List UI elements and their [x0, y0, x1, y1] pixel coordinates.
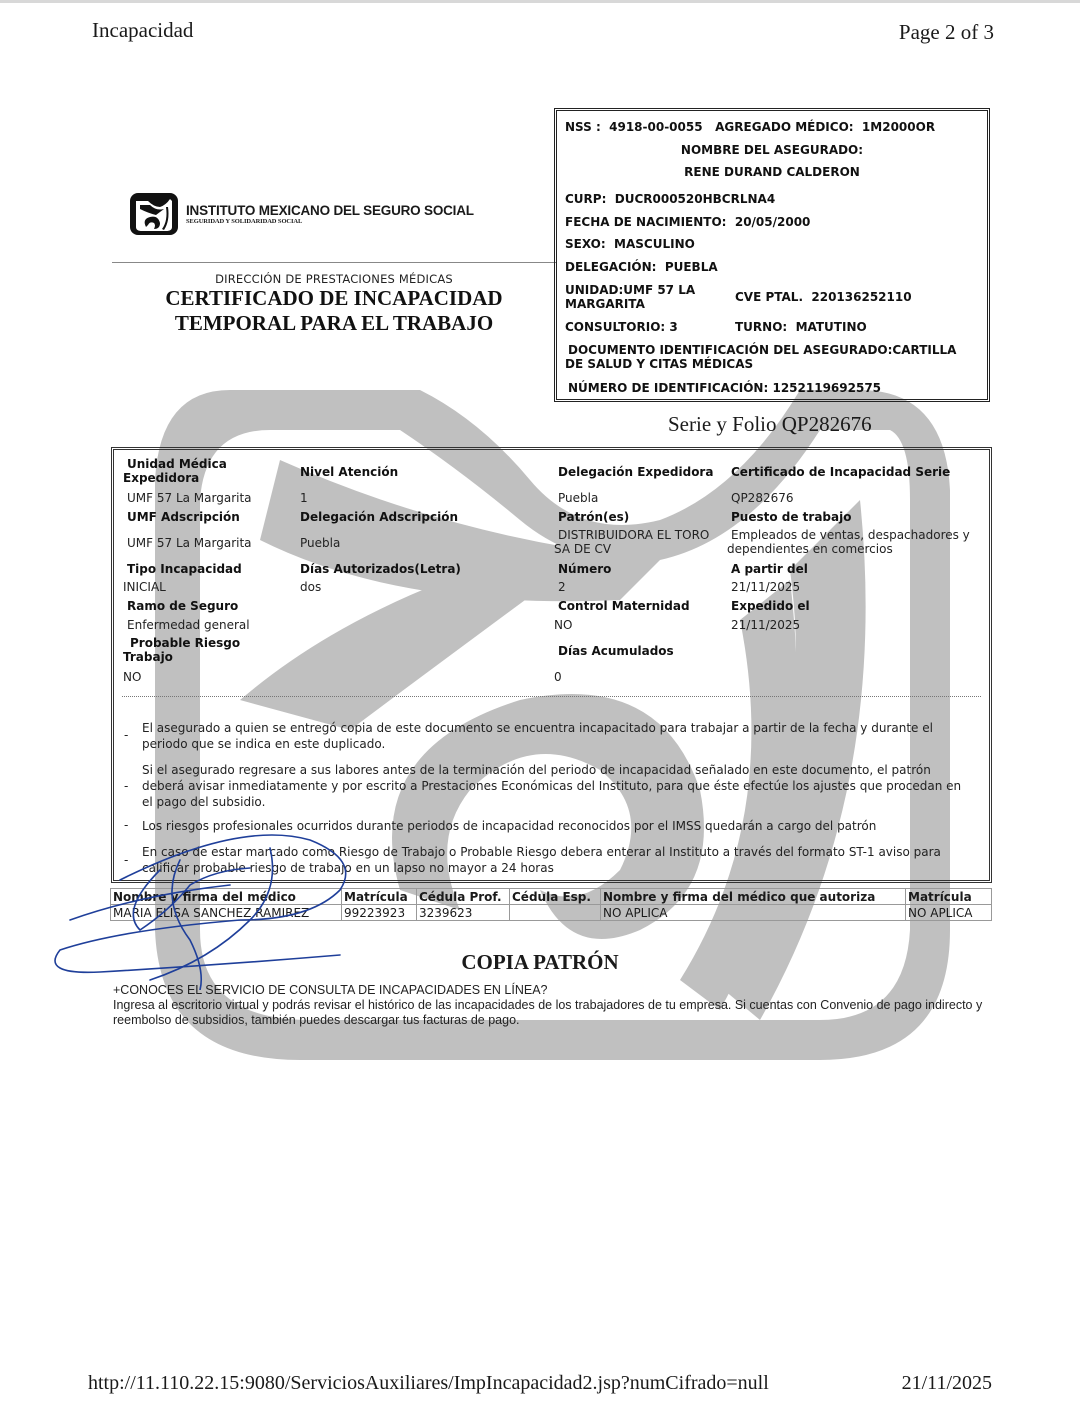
patient-name-label: NOMBRE DEL ASEGURADO: — [557, 143, 987, 157]
institution-tagline: SEGURIDAD Y SOLIDARIDAD SOCIAL — [186, 218, 474, 225]
expedido-label: Expedido el — [731, 599, 810, 613]
puesto-line2: dependientes en comercios — [727, 542, 970, 556]
note-bullet: - — [124, 818, 128, 832]
note-text: Si el asegurado regresare a sus labores … — [142, 762, 972, 810]
birthdate-value: 20/05/2000 — [735, 215, 811, 229]
medico-matricula: 99223923 — [342, 905, 417, 921]
patient-name: RENE DURAND CALDERON — [557, 165, 987, 179]
puesto-line1: Empleados de ventas, despachadores y — [727, 528, 970, 542]
unidad-medica-label-line2: Expedidora — [123, 471, 227, 485]
promo-text: +CONOCES EL SERVICIO DE CONSULTA DE INCA… — [113, 983, 983, 1028]
nss-value: 4918-00-0055 — [609, 120, 702, 134]
dias-acumulados-label: Días Acumulados — [558, 644, 674, 658]
certificate-title-block: DIRECCIÓN DE PRESTACIONES MÉDICAS CERTIF… — [112, 272, 556, 336]
doctor-table: Nombre y firma del médico Matrícula Cédu… — [110, 888, 992, 921]
note-line: El asegurado a quien se entregó copia de… — [142, 720, 972, 736]
scan-top-edge — [0, 0, 1080, 3]
page-header-title: Incapacidad — [92, 18, 193, 43]
cert-serie-label: Certificado de Incapacidad Serie — [731, 465, 950, 479]
medico-autoriza-matricula: NO APLICA — [906, 905, 992, 921]
table-row: MARIA ELISA SANCHEZ RAMIREZ 99223923 323… — [111, 905, 992, 921]
medico-cedula-esp — [510, 905, 601, 921]
puesto-trabajo-value: Empleados de ventas, despachadores y dep… — [727, 528, 970, 556]
control-maternidad-label: Control Maternidad — [558, 599, 690, 613]
a-partir-label: A partir del — [731, 562, 808, 576]
sex-label: SEXO: — [565, 237, 606, 251]
note-text: En caso de estar marcado como Riesgo de … — [142, 844, 972, 876]
note-line: Los riesgos profesionales ocurridos dura… — [142, 818, 972, 834]
control-maternidad-value: NO — [554, 618, 572, 632]
note-bullet: - — [124, 728, 128, 742]
unidad-line1: UNIDAD:UMF 57 LA — [565, 283, 695, 297]
medico-cedula-prof: 3239623 — [417, 905, 510, 921]
birthdate-label: FECHA DE NACIMIENTO: — [565, 215, 726, 229]
note-line: deberá avisar inmediatamente y por escri… — [142, 778, 972, 794]
consultorio-value: 3 — [669, 320, 677, 334]
patron-label: Patrón(es) — [558, 510, 629, 524]
ramo-seguro-label: Ramo de Seguro — [127, 599, 238, 613]
documento-line2: DE SALUD Y CITAS MÉDICAS — [565, 357, 956, 371]
numero-id-value: 1252119692575 — [772, 381, 881, 395]
documento-line1: DOCUMENTO IDENTIFICACIÓN DEL ASEGURADO:C… — [565, 343, 956, 357]
note-line: Si el asegurado regresare a sus labores … — [142, 762, 972, 778]
dias-acumulados-value: 0 — [554, 670, 562, 684]
header-nombre-medico: Nombre y firma del médico — [111, 889, 342, 905]
tipo-incapacidad-label: Tipo Incapacidad — [127, 562, 242, 576]
unidad-medica-value: UMF 57 La Margarita — [127, 491, 252, 505]
certificate-title-line1: CERTIFICADO DE INCAPACIDAD — [112, 286, 556, 311]
header-cedula-prof: Cédula Prof. — [417, 889, 510, 905]
curp-row: CURP: DUCR000520HBCRLNA4 — [565, 192, 775, 206]
turno-label: TURNO: — [735, 320, 787, 334]
documento-id: DOCUMENTO IDENTIFICACIÓN DEL ASEGURADO:C… — [565, 343, 956, 371]
umf-adscripcion-label: UMF Adscripción — [127, 510, 240, 524]
promo-heading: +CONOCES EL SERVICIO DE CONSULTA DE INCA… — [113, 983, 983, 998]
nss-label: NSS : — [565, 120, 601, 134]
header-matricula-autoriza: Matrícula — [906, 889, 992, 905]
consultorio-label: CONSULTORIO: — [565, 320, 665, 334]
note-text: El asegurado a quien se entregó copia de… — [142, 720, 972, 752]
delegacion-label: DELEGACIÓN: — [565, 260, 656, 274]
patron-line2: SA DE CV — [554, 542, 709, 556]
turno-row: TURNO: MATUTINO — [735, 320, 867, 334]
department-name: DIRECCIÓN DE PRESTACIONES MÉDICAS — [112, 272, 556, 286]
details-divider — [122, 696, 981, 697]
header-medico-autoriza: Nombre y firma del médico que autoriza — [601, 889, 906, 905]
riesgo-label-line2: Trabajo — [123, 650, 240, 664]
delegacion-expedidora-label: Delegación Expedidora — [558, 465, 713, 479]
ramo-seguro-value: Enfermedad general — [127, 618, 250, 632]
page-indicator: Page 2 of 3 — [899, 20, 994, 45]
medico-nombre: MARIA ELISA SANCHEZ RAMIREZ — [111, 905, 342, 921]
serie-folio: Serie y Folio QP282676 — [668, 412, 872, 437]
sex-value: MASCULINO — [614, 237, 695, 251]
cve-row: CVE PTAL. 220136252110 — [735, 290, 912, 304]
nss-row: NSS : 4918-00-0055 AGREGADO MÉDICO: 1M20… — [565, 120, 935, 134]
unidad-medica-label: Unidad Médica Expedidora — [127, 457, 227, 485]
numero-id-row: NÚMERO DE IDENTIFICACIÓN: 1252119692575 — [568, 381, 881, 395]
curp-label: CURP: — [565, 192, 606, 206]
certificate-title-line2: TEMPORAL PARA EL TRABAJO — [112, 311, 556, 336]
agregado-label: AGREGADO MÉDICO: — [715, 120, 853, 134]
consultorio-row: CONSULTORIO: 3 — [565, 320, 678, 334]
cve-value: 220136252110 — [811, 290, 911, 304]
imss-eagle-logo-icon — [130, 193, 178, 235]
expedido-value: 21/11/2025 — [731, 618, 800, 632]
riesgo-label-line1: Probable Riesgo — [123, 636, 240, 650]
note-text: Los riesgos profesionales ocurridos dura… — [142, 818, 972, 834]
umf-adscripcion-value: UMF 57 La Margarita — [127, 536, 252, 550]
delegacion-row: DELEGACIÓN: PUEBLA — [565, 260, 718, 274]
promo-body: Ingresa al escritorio virtual y podrás r… — [113, 998, 983, 1028]
dias-autorizados-letra-label: Días Autorizados(Letra) — [300, 562, 461, 576]
header-cedula-esp: Cédula Esp. — [510, 889, 601, 905]
patron-value: DISTRIBUIDORA EL TORO SA DE CV — [554, 528, 709, 556]
note-bullet: - — [124, 853, 128, 867]
curp-value: DUCR000520HBCRLNA4 — [615, 192, 775, 206]
header-matricula: Matrícula — [342, 889, 417, 905]
note-line: calificar probable riesgo de trabajo en … — [142, 860, 972, 876]
delegacion-adscripcion-value: Puebla — [300, 536, 340, 550]
dias-autorizados-letra-value: dos — [300, 580, 321, 594]
medico-autoriza-nombre: NO APLICA — [601, 905, 906, 921]
note-line: el pago del subsidio. — [142, 794, 972, 810]
unidad-value: UNIDAD:UMF 57 LA MARGARITA — [565, 283, 695, 311]
nivel-atencion-value: 1 — [300, 491, 308, 505]
turno-value: MATUTINO — [796, 320, 867, 334]
unidad-medica-label-line1: Unidad Médica — [127, 457, 227, 471]
delegacion-expedidora-value: Puebla — [558, 491, 598, 505]
institution-name: INSTITUTO MEXICANO DEL SEGURO SOCIAL — [186, 203, 474, 218]
a-partir-value: 21/11/2025 — [731, 580, 800, 594]
nivel-atencion-label: Nivel Atención — [300, 465, 398, 479]
footer-date: 21/11/2025 — [902, 1372, 992, 1395]
patron-line1: DISTRIBUIDORA EL TORO — [554, 528, 709, 542]
numero-id-label: NÚMERO DE IDENTIFICACIÓN: — [568, 381, 768, 395]
cert-serie-value: QP282676 — [731, 491, 794, 505]
header-divider — [112, 262, 556, 263]
riesgo-trabajo-value: NO — [123, 670, 141, 684]
note-line: En caso de estar marcado como Riesgo de … — [142, 844, 972, 860]
birthdate-row: FECHA DE NACIMIENTO: 20/05/2000 — [565, 215, 810, 229]
tipo-incapacidad-value: INICIAL — [123, 580, 166, 594]
delegacion-adscripcion-label: Delegación Adscripción — [300, 510, 458, 524]
copy-label: COPIA PATRÓN — [0, 950, 1080, 975]
delegacion-value: PUEBLA — [665, 260, 718, 274]
footer-url: http://11.110.22.15:9080/ServiciosAuxili… — [88, 1372, 769, 1395]
puesto-trabajo-label: Puesto de trabajo — [731, 510, 851, 524]
sex-row: SEXO: MASCULINO — [565, 237, 695, 251]
note-bullet: - — [124, 779, 128, 793]
riesgo-trabajo-label: Probable Riesgo Trabajo — [123, 636, 240, 664]
patient-info-box: NSS : 4918-00-0055 AGREGADO MÉDICO: 1M20… — [554, 108, 990, 402]
numero-value: 2 — [558, 580, 566, 594]
cve-label: CVE PTAL. — [735, 290, 803, 304]
note-line: periodo que se indica en este duplicado. — [142, 736, 972, 752]
numero-label: Número — [558, 562, 611, 576]
agregado-value: 1M2000OR — [862, 120, 935, 134]
incapacity-details-box: Unidad Médica Expedidora UMF 57 La Marga… — [111, 447, 992, 883]
institution-logo: INSTITUTO MEXICANO DEL SEGURO SOCIAL SEG… — [130, 193, 474, 235]
unidad-line2: MARGARITA — [565, 297, 695, 311]
doctor-table-header: Nombre y firma del médico Matrícula Cédu… — [111, 889, 992, 905]
